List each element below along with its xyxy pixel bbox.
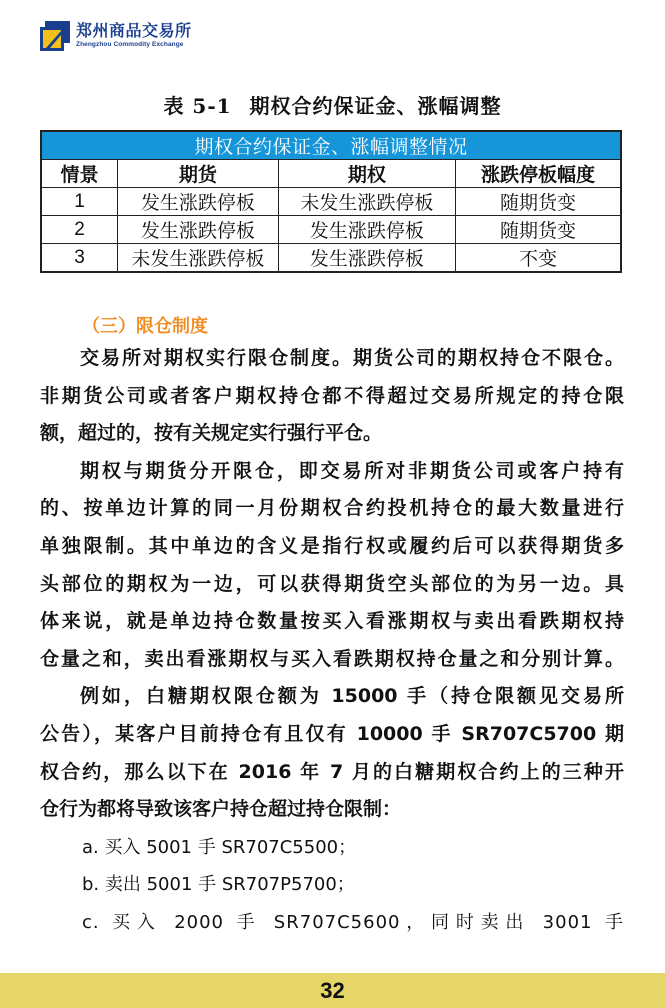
table-row: 3 未发生涨跌停板 发生涨跌停板 不变 (41, 244, 621, 273)
exchange-logo: 郑州商品交易所 Zhengzhou Commodity Exchange (40, 20, 192, 52)
paragraph-line: 仓行为都将导致该客户持仓超过持仓限制： (40, 791, 624, 829)
logo-name-cn: 郑州商品交易所 (76, 23, 192, 39)
paragraph-line: 体来说，就是单边持仓数量按买入看涨期权与卖出看跌期权持 (40, 603, 624, 641)
paragraph-line: 单独限制。其中单边的含义是指行权或履约后可以获得期货多 (40, 528, 624, 566)
paragraph-line: 权合约，那么以下在 2016 年 7 月的白糖期权合约上的三种开 (40, 754, 624, 792)
table-row: 1 发生涨跌停板 未发生涨跌停板 随期货变 (41, 188, 621, 216)
cell-limit-range: 随期货变 (456, 216, 621, 244)
table-header-row: 情景 期货 期权 涨跌停板幅度 (41, 160, 621, 188)
cell-options: 发生涨跌停板 (278, 244, 455, 273)
logo-name-en: Zhengzhou Commodity Exchange (76, 42, 192, 49)
table-row: 2 发生涨跌停板 发生涨跌停板 随期货变 (41, 216, 621, 244)
list-item: b. 卖出 5001 手 SR707P5700； (40, 866, 624, 904)
cell-options: 未发生涨跌停板 (278, 188, 455, 216)
paragraph-line: 交易所对期权实行限仓制度。期货公司的期权持仓不限仓。 (40, 340, 624, 378)
table-caption-title: 期权合约保证金、涨幅调整 (250, 94, 502, 118)
cell-scenario: 3 (41, 244, 118, 273)
paragraph-line: 非期货公司或者客户期权持仓都不得超过交易所规定的持仓限 (40, 378, 624, 416)
cell-scenario: 2 (41, 216, 118, 244)
paragraph-line: 额，超过的，按有关规定实行强行平仓。 (40, 415, 624, 453)
paragraph-line: 期权与期货分开限仓，即交易所对非期货公司或客户持有 (40, 453, 624, 491)
list-item: c. 买入 2000 手 SR707C5600，同时卖出 3001 手 (40, 904, 624, 942)
column-header-scenario: 情景 (41, 160, 118, 188)
table-title-row: 期权合约保证金、涨幅调整情况 (41, 131, 621, 160)
section-heading: （三）限仓制度 (82, 312, 208, 338)
paragraph-line: 例如，白糖期权限仓额为 15000 手（持仓限额见交易所 (40, 678, 624, 716)
cell-scenario: 1 (41, 188, 118, 216)
margin-adjustment-table: 期权合约保证金、涨幅调整情况 情景 期货 期权 涨跌停板幅度 1 发生涨跌停板 … (40, 130, 622, 273)
body-text: 交易所对期权实行限仓制度。期货公司的期权持仓不限仓。 非期货公司或者客户期权持仓… (40, 340, 624, 942)
paragraph-line: 公告），某客户目前持仓有且仅有 10000 手 SR707C5700 期 (40, 716, 624, 754)
page-footer: 32 (0, 973, 665, 1008)
column-header-futures: 期货 (118, 160, 279, 188)
cell-limit-range: 随期货变 (456, 188, 621, 216)
column-header-limit-range: 涨跌停板幅度 (456, 160, 621, 188)
zce-logo-icon (40, 21, 70, 51)
paragraph-line: 头部位的期权为一边，可以获得期货空头部位的为另一边。具 (40, 566, 624, 604)
table-title-bar: 期权合约保证金、涨幅调整情况 (41, 131, 621, 160)
table-caption-number: 表 5-1 (163, 94, 231, 118)
cell-futures: 发生涨跌停板 (118, 216, 279, 244)
page-number: 32 (320, 978, 344, 1004)
cell-limit-range: 不变 (456, 244, 621, 273)
list-item: a. 买入 5001 手 SR707C5500； (40, 829, 624, 867)
cell-futures: 未发生涨跌停板 (118, 244, 279, 273)
table-caption: 表 5-1期权合约保证金、涨幅调整 (0, 90, 665, 119)
cell-futures: 发生涨跌停板 (118, 188, 279, 216)
paragraph-line: 仓量之和，卖出看涨期权与买入看跌期权持仓量之和分别计算。 (40, 641, 624, 679)
paragraph-line: 的、按单边计算的同一月份期权合约投机持仓的最大数量进行 (40, 490, 624, 528)
column-header-options: 期权 (278, 160, 455, 188)
cell-options: 发生涨跌停板 (278, 216, 455, 244)
